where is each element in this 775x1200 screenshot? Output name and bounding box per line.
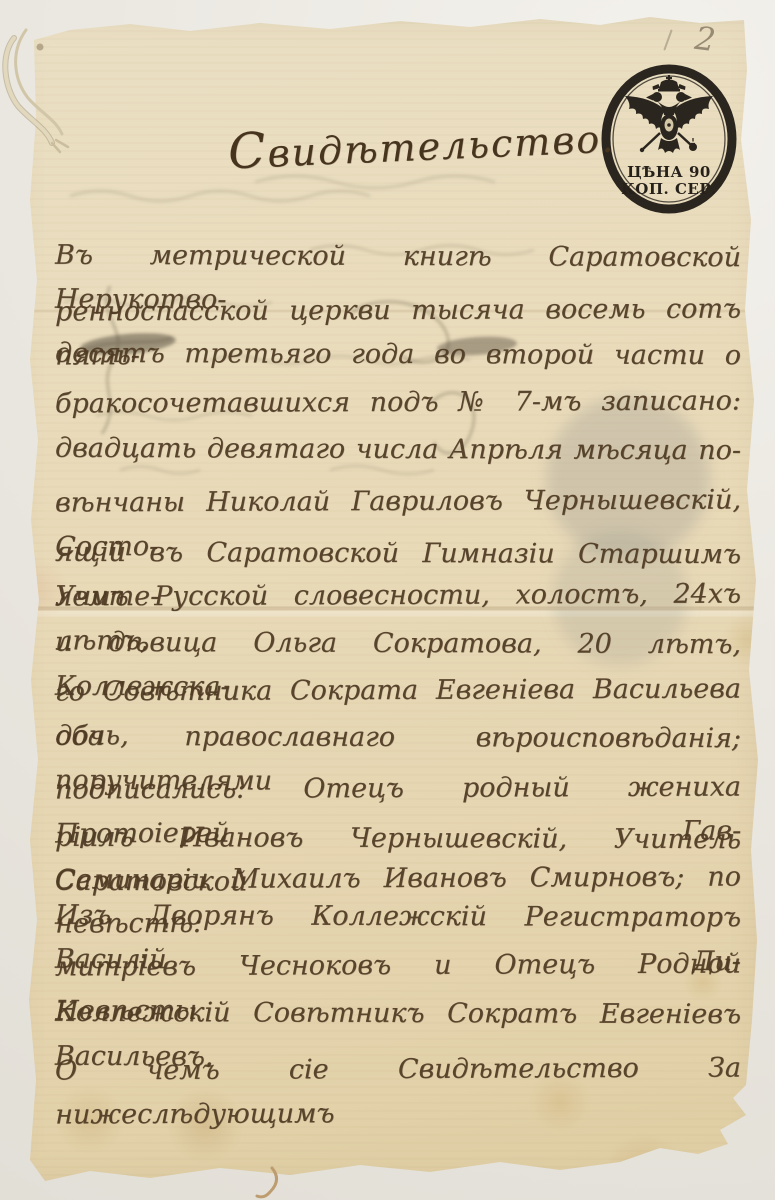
revenue-stamp: ЦѢНА 90 КОП. СЕР.	[599, 64, 739, 216]
stamp-price-line2: КОП. СЕР.	[621, 180, 717, 198]
handwritten-line: Въ метрической книгѣ Саратовской Нерукот…	[55, 234, 741, 280]
document-page: 2	[0, 0, 775, 1200]
handwritten-line: Коллежскій Совѣтникъ Сократъ Евгеніевъ В…	[55, 991, 741, 1037]
handwritten-line: ящій въ Саратовской Гимназіи Старшимъ Уч…	[55, 531, 741, 577]
handwritten-line: митріевъ Чесноковъ и Отецъ Родной Невѣст…	[55, 943, 741, 990]
handwritten-line: ренноспасской церкви тысяча восемь сотъ …	[55, 288, 741, 335]
handwritten-line: бракосочетавшихся подъ № 7-мъ записано:	[55, 380, 741, 427]
handwritten-line: десятъ третьяго года во второй части о	[55, 332, 741, 378]
handwritten-line: и дѣвица Ольга Сократова, 20 лѣтъ, Колле…	[55, 621, 741, 667]
stamp-price-line1: ЦѢНА 90	[627, 163, 711, 181]
photo-background: 2	[0, 0, 775, 1200]
handwritten-line: лемъ Русской словесности, холостъ, 24хъ …	[55, 573, 741, 620]
handwritten-line: оба православнаго вѣроисповѣданія; поруч…	[55, 715, 741, 761]
handwritten-line: Изъ Дворянъ Коллежскій Регистраторъ Васи…	[55, 894, 741, 940]
handwritten-line: го Совѣтника Сократа Евгеніева Васильева…	[55, 668, 741, 715]
handwritten-line: О чемъ сіе Свидѣтельство За нижеслѣдующи…	[55, 1047, 741, 1094]
handwritten-line: подписались: Отецъ родный жениха Протоіе…	[55, 766, 741, 813]
handwritten-line: двадцать девятаго числа Апрѣля мѣсяца по…	[55, 427, 741, 473]
binding-hole	[37, 44, 44, 51]
handwritten-line: вѣнчаны Николай Гавриловъ Чернышевскій, …	[55, 479, 741, 526]
